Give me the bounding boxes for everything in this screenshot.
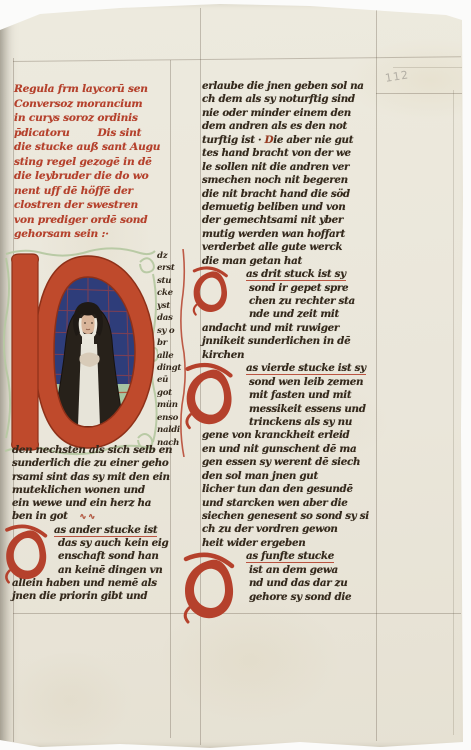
text-line: smechen noch nit begeren	[202, 174, 380, 187]
red-initial-D-icon	[185, 266, 237, 316]
manuscript-photo: 112 Regula frm laycorū sen Conversoz mor…	[0, 0, 471, 750]
text-line: andacht und mit ruwiger	[202, 322, 380, 335]
rubric-line: die leybruder die do wo	[14, 169, 160, 184]
red-initial-D-icon	[180, 550, 240, 626]
rubric-line: die stucke auß sant Augu	[14, 140, 160, 155]
text-line: erlaube die jnen geben sol na	[202, 80, 380, 93]
text-line: le sollen nit die andren ver	[202, 161, 380, 174]
text-line: ein wewe und ein herz ha	[12, 497, 182, 510]
text-line: nie oder minder einem den	[202, 107, 380, 120]
text-line: jnen die priorin gibt und	[12, 590, 182, 603]
red-initial-D-icon	[2, 520, 52, 588]
ruled-line	[13, 56, 461, 62]
illuminated-initial-D-icon	[2, 246, 158, 458]
rubric-line: von prediger ordē sond	[14, 213, 160, 228]
text-line: und starcken wen aber die	[202, 497, 380, 510]
rubric-line: gehorsam sein :·	[14, 227, 160, 242]
red-flourish-mark: ∿∿	[80, 511, 97, 521]
text-line: den sol man jnen gut	[202, 470, 380, 483]
text-line: rsami sint das sy mit den ein	[12, 471, 182, 484]
parchment-page: 112 Regula frm laycorū sen Conversoz mor…	[0, 0, 471, 750]
text-line: en und nit gunschent dē ma	[202, 443, 380, 456]
rubric-line: in curys soroz ordinis	[14, 111, 160, 126]
text-line: dem andren als es den not	[202, 120, 380, 133]
text-line: mutig werden wan hoffart	[202, 228, 380, 241]
text-line: der gemechtsami nit yber	[202, 214, 380, 227]
rubric-line: Conversoz morancium	[14, 97, 160, 112]
right-column-text: erlaube die jnen geben sol na ch dem als…	[202, 80, 380, 604]
text-line: den nechsten als sich selb en	[12, 444, 182, 457]
rubric-line: p̄dicatoru Dis sint	[14, 126, 160, 141]
ruled-line	[376, 93, 462, 94]
ruled-line	[453, 90, 454, 735]
rubric-line: sting regel gezogē in dē	[14, 155, 160, 170]
text-line: ch zu der vordren gewon	[202, 523, 380, 536]
rubric-line: clostren der swestren	[14, 198, 160, 213]
text-line: die nit bracht hand die söd	[202, 188, 380, 201]
red-initial-D-icon	[182, 360, 238, 432]
left-column-rubric: Regula frm laycorū sen Conversoz moranci…	[14, 82, 160, 242]
text-line: muteklichen wonen und	[12, 484, 182, 497]
folio-number: 112	[384, 68, 410, 85]
text-line: sunderlich die zu einer geho	[12, 457, 182, 470]
text-line: verderbet alle gute werck	[202, 241, 380, 254]
text-line: heit wider ergeben	[202, 537, 380, 550]
rubric-line: Regula frm laycorū sen	[14, 82, 160, 97]
rubricated-capital: D	[265, 134, 274, 146]
text-line: licher tun dan den gesundē	[202, 483, 380, 496]
text-line: tes hand bracht von der we	[202, 147, 380, 160]
text-line: gen essen sy werent dē siech	[202, 456, 380, 469]
text-line: jnnikeit sunderlichen in dē	[202, 335, 380, 348]
text-line: turftig ist · Die aber nie gut	[202, 134, 380, 147]
text-line: demuetig beliben und von	[202, 201, 380, 214]
rubric-line: nent uff dē höffē der	[14, 184, 160, 199]
text-line: siechen genesent so sond sy si	[202, 510, 380, 523]
text-line: ch dem als sy noturftig sind	[202, 93, 380, 106]
